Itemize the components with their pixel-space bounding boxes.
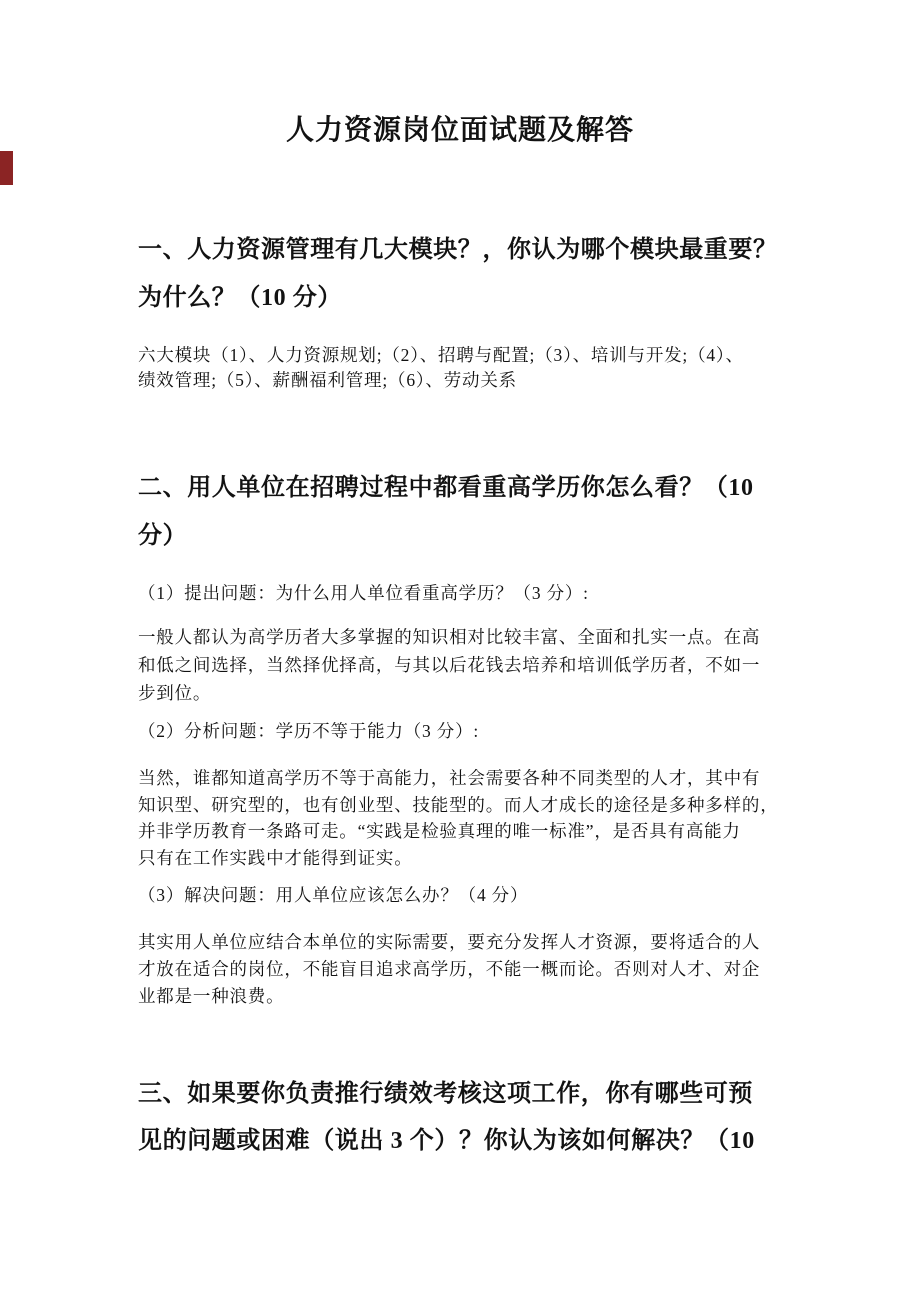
text-line: （1）提出问题：为什么用人单位看重高学历？（3 分）: xyxy=(138,580,818,607)
text-line: 一、人力资源管理有几大模块？，你认为哪个模块最重要？ xyxy=(138,226,818,274)
text-line: 一般人都认为高学历者大多掌握的知识相对比较丰富、全面和扎实一点。在高 xyxy=(138,623,818,651)
text-line: 知识型、研究型的，也有创业型、技能型的。而人才成长的途径是多种多样的， xyxy=(138,792,818,819)
text-line: 只有在工作实践中才能得到证实。 xyxy=(138,845,818,872)
question-2-paragraph-3: 其实用人单位应结合本单位的实际需要，要充分发挥人才资源，要将适合的人才放在适合的… xyxy=(138,929,818,1010)
document-page: { "document": { "accent_color": "#8b2424… xyxy=(0,0,920,1302)
text-line: （2）分析问题：学历不等于能力（3 分）: xyxy=(138,718,818,745)
question-2-subpoint-3: （3）解决问题：用人单位应该怎么办？（4 分） xyxy=(138,882,818,909)
question-3-heading: 三、如果要你负责推行绩效考核这项工作，你有哪些可预见的问题或困难（说出 3 个）… xyxy=(138,1071,818,1165)
question-2-heading: 二、用人单位在招聘过程中都看重高学历你怎么看？（10分） xyxy=(138,464,818,560)
text-line: 其实用人单位应结合本单位的实际需要，要充分发挥人才资源，要将适合的人 xyxy=(138,929,818,956)
text-line: 才放在适合的岗位，不能盲目追求高学历，不能一概而论。否则对人才、对企 xyxy=(138,956,818,983)
text-line: （3）解决问题：用人单位应该怎么办？（4 分） xyxy=(138,882,818,909)
question-2-subpoint-1: （1）提出问题：为什么用人单位看重高学历？（3 分）: xyxy=(138,580,818,607)
text-line: 并非学历教育一条路可走。“实践是检验真理的唯一标准”，是否具有高能力 xyxy=(138,818,818,845)
page-edge-marker xyxy=(0,151,13,185)
text-line: 为什么？（10 分） xyxy=(138,274,818,322)
question-1-answer: 六大模块（1）、人力资源规划;（2）、招聘与配置;（3）、培训与开发;（4）、绩… xyxy=(138,343,818,393)
question-2-paragraph-2: 当然，谁都知道高学历不等于高能力，社会需要各种不同类型的人才，其中有知识型、研究… xyxy=(138,765,818,871)
text-line: 六大模块（1）、人力资源规划;（2）、招聘与配置;（3）、培训与开发;（4）、 xyxy=(138,343,818,368)
question-2-paragraph-1: 一般人都认为高学历者大多掌握的知识相对比较丰富、全面和扎实一点。在高和低之间选择… xyxy=(138,623,818,707)
question-2-subpoint-2: （2）分析问题：学历不等于能力（3 分）: xyxy=(138,718,818,745)
text-line: 和低之间选择，当然择优择高，与其以后花钱去培养和培训低学历者，不如一 xyxy=(138,651,818,679)
document-title: 人力资源岗位面试题及解答 xyxy=(0,113,920,149)
text-line: 当然，谁都知道高学历不等于高能力，社会需要各种不同类型的人才，其中有 xyxy=(138,765,818,792)
text-line: 步到位。 xyxy=(138,679,818,707)
text-line: 二、用人单位在招聘过程中都看重高学历你怎么看？（10 xyxy=(138,464,818,512)
text-line: 业都是一种浪费。 xyxy=(138,983,818,1010)
text-line: 三、如果要你负责推行绩效考核这项工作，你有哪些可预 xyxy=(138,1071,818,1118)
text-line: 见的问题或困难（说出 3 个）？你认为该如何解决？（10 xyxy=(138,1118,818,1165)
text-line: 绩效管理;（5）、薪酬福利管理;（6）、劳动关系 xyxy=(138,368,818,393)
text-line: 分） xyxy=(138,512,818,560)
question-1-heading: 一、人力资源管理有几大模块？，你认为哪个模块最重要？为什么？（10 分） xyxy=(138,226,818,322)
